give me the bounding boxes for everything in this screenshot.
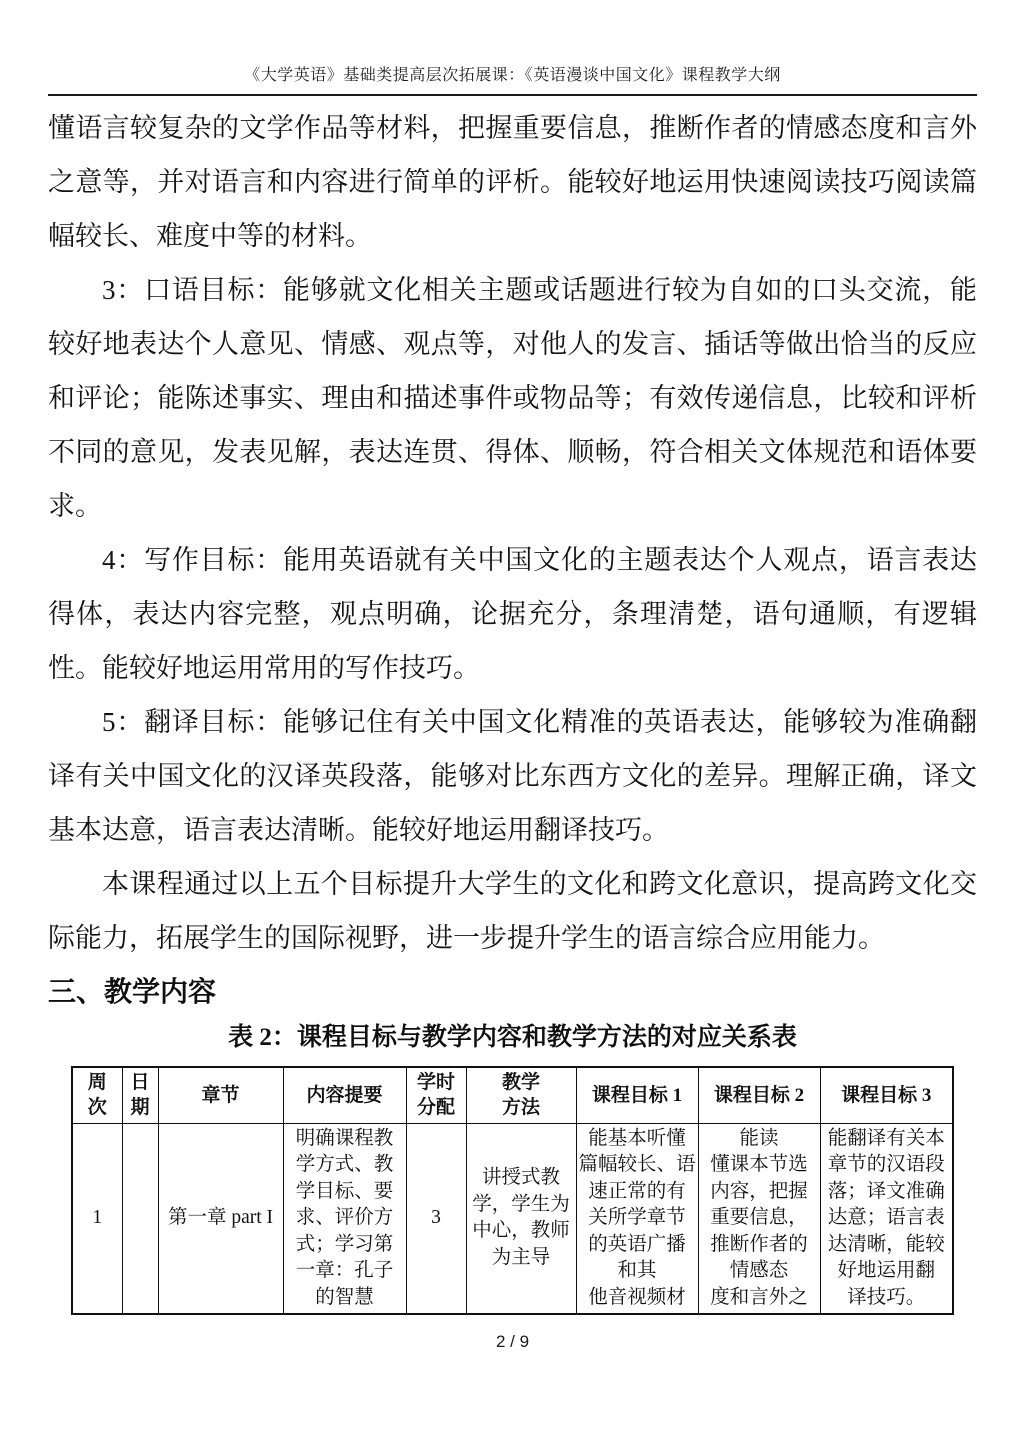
cell-date — [122, 1123, 158, 1314]
course-objectives-table: 周 次 日 期 章节 内容提要 学时 分配 教学 方法 课程目标 1 课程目标 … — [71, 1066, 954, 1315]
col-header-teaching-method: 教学 方法 — [466, 1067, 576, 1123]
section-heading-teaching-content: 三、教学内容 — [48, 973, 977, 1011]
paragraph-reading-goal-continued: 懂语言较复杂的文学作品等材料，把握重要信息，推断作者的情感态度和言外之意等，并对… — [48, 101, 977, 263]
paragraph-writing-goal: 4：写作目标：能用英语就有关中国文化的主题表达个人观点，语言表达得体，表达内容完… — [48, 533, 977, 695]
col-header-date: 日 期 — [122, 1067, 158, 1123]
cell-chapter: 第一章 part I — [158, 1123, 283, 1314]
paragraph-course-summary: 本课程通过以上五个目标提升大学生的文化和跨文化意识，提高跨文化交际能力，拓展学生… — [48, 857, 977, 965]
page-number: 2 / 9 — [48, 1331, 977, 1352]
cell-goal-1: 能基本听懂 篇幅较长、语 速正常的有 关所学章节 的英语广播 和其 他音视频材 — [576, 1123, 698, 1314]
col-header-week: 周 次 — [72, 1067, 122, 1123]
table-title: 表 2：课程目标与教学内容和教学方法的对应关系表 — [48, 1021, 977, 1054]
col-header-chapter: 章节 — [158, 1067, 283, 1123]
col-header-goal-1: 课程目标 1 — [576, 1067, 698, 1123]
col-header-goal-3: 课程目标 3 — [820, 1067, 953, 1123]
cell-goal-3: 能翻译有关本 章节的汉语段 落；译文准确 达意；语言表 达清晰，能较 好地运用翻… — [820, 1123, 953, 1314]
cell-hours: 3 — [406, 1123, 466, 1314]
paragraph-translation-goal: 5：翻译目标：能够记住有关中国文化精准的英语表达，能够较为准确翻译有关中国文化的… — [48, 695, 977, 857]
col-header-content-summary: 内容提要 — [283, 1067, 406, 1123]
document-body: 懂语言较复杂的文学作品等材料，把握重要信息，推断作者的情感态度和言外之意等，并对… — [48, 96, 977, 1352]
page-header-title: 《大学英语》基础类提高层次拓展课：《英语漫谈中国文化》课程教学大纲 — [48, 66, 977, 86]
col-header-hours: 学时 分配 — [406, 1067, 466, 1123]
cell-goal-2: 能读 懂课本节选 内容，把握 重要信息， 推断作者的 情感态 度和言外之 — [698, 1123, 820, 1314]
cell-content-summary: 明确课程教 学方式、教 学目标、要 求、评价方 式；学习第 一章：孔子 的智慧 — [283, 1123, 406, 1314]
table-header-row: 周 次 日 期 章节 内容提要 学时 分配 教学 方法 课程目标 1 课程目标 … — [72, 1067, 953, 1123]
table-row-week-1: 1 第一章 part I 明确课程教 学方式、教 学目标、要 求、评价方 式；学… — [72, 1123, 953, 1314]
paragraph-speaking-goal: 3：口语目标：能够就文化相关主题或话题进行较为自如的口头交流，能较好地表达个人意… — [48, 263, 977, 533]
col-header-goal-2: 课程目标 2 — [698, 1067, 820, 1123]
page-header: 《大学英语》基础类提高层次拓展课：《英语漫谈中国文化》课程教学大纲 — [48, 0, 977, 96]
document-page: 《大学英语》基础类提高层次拓展课：《英语漫谈中国文化》课程教学大纲 懂语言较复杂… — [0, 0, 1024, 1447]
cell-teaching-method: 讲授式教 学，学生为 中心，教师 为主导 — [466, 1123, 576, 1314]
cell-week-number: 1 — [72, 1123, 122, 1314]
